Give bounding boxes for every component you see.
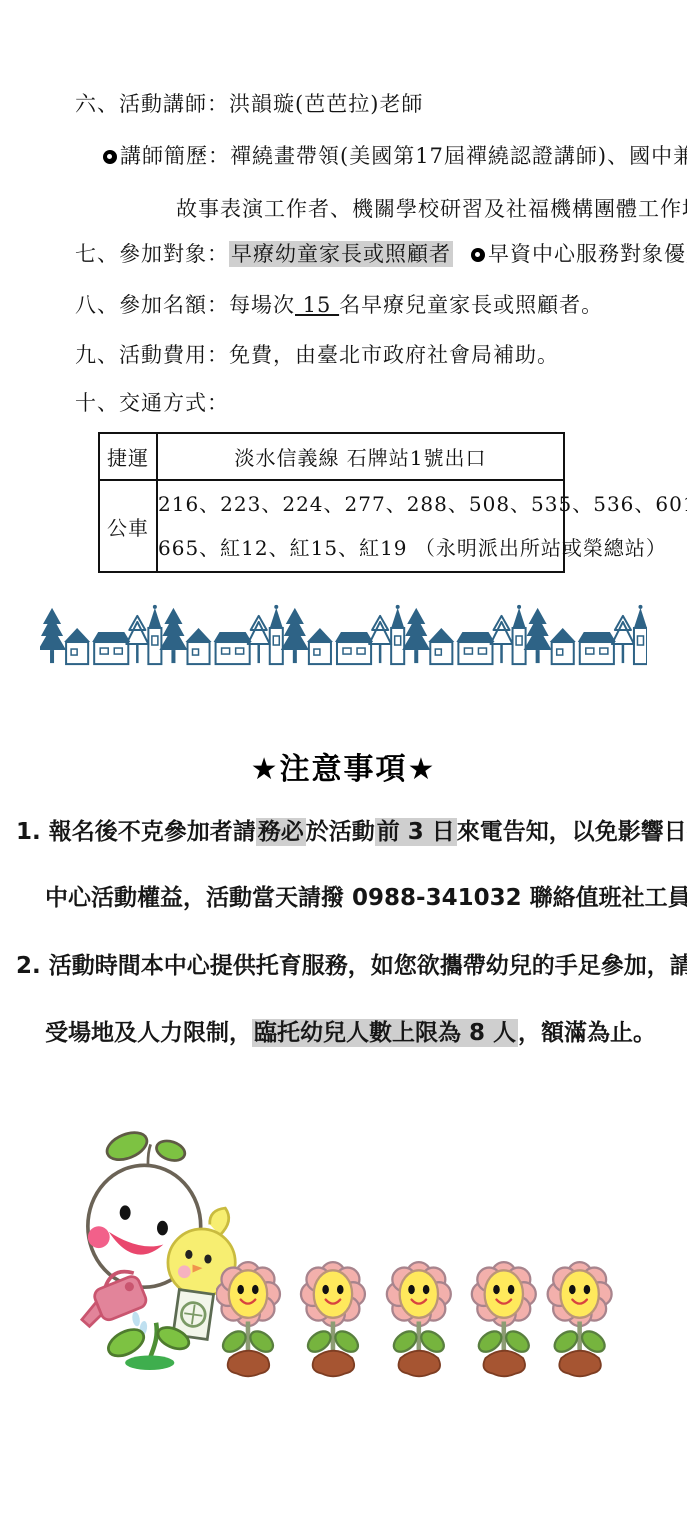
flyer-page: 六、活動講師：洪韻璇(芭芭拉)老師 講師簡歷：禪繞畫帶領(美國第17屆禪繞認證講… [0, 0, 687, 1521]
note-text: 聯絡值班社工員。 [522, 885, 687, 911]
bus-routes-line2: 665、紅12、紅15、紅19 （永明派出所站或榮總站） [158, 526, 563, 570]
quota-count: 15 [295, 293, 339, 317]
mrt-info-cell: 淡水信義線 石牌站1號出口 [157, 433, 564, 480]
lecturer-bio-line2: 故事表演工作者、機關學校研習及社福機構團體工作坊帶領 [176, 193, 687, 223]
lecturer-name: 洪韻璇(芭芭拉)老師 [229, 92, 423, 116]
table-row: 捷運 淡水信義線 石牌站1號出口 [99, 433, 564, 480]
mrt-header-cell: 捷運 [99, 433, 157, 480]
item-transport: 十、交通方式： [75, 387, 229, 417]
phone-number: 0988-341032 [352, 885, 522, 911]
bus-routes-line1: 216、223、224、277、288、508、535、536、601、645、 [158, 482, 563, 526]
note-text: 中心活動權益，活動當天請撥 [45, 885, 352, 911]
smiling-flower-row-illustration [216, 1252, 618, 1380]
note-text: 1. 報名後不克參加者請 [16, 819, 256, 845]
note-2-line-1: 2. 活動時間本中心提供托育服務，如您欲攜帶幼兒的手足參加，請事先告知。 [16, 947, 687, 980]
transport-table: 捷運 淡水信義線 石牌站1號出口 公車 216、223、224、277、288、… [98, 432, 565, 573]
note-highlight-must: 務必 [256, 818, 306, 846]
quota-post: 名早療兒童家長或照顧者。 [339, 293, 603, 317]
item-quota: 八、參加名額：每場次 15 名早療兒童家長或照顧者。 [75, 289, 603, 319]
note-highlight-3days: 前 3 日 [375, 818, 457, 846]
item-number: 九、 [75, 343, 119, 367]
table-row: 公車 216、223、224、277、288、508、535、536、601、6… [99, 480, 564, 572]
note-1-line-1: 1. 報名後不克參加者請務必於活動前 3 日來電告知，以免影響日後參與早資 [16, 813, 687, 846]
note-text: 2. 活動時間本中心提供托育服務，如您欲攜帶幼兒的手足參加，請事先告知。 [16, 953, 687, 979]
item-label: 活動講師： [119, 92, 229, 116]
item-number: 八、 [75, 293, 119, 317]
item-number: 十、 [75, 391, 119, 415]
note-text: ，額滿為止。 [518, 1020, 656, 1046]
item-fee: 九、活動費用：免費，由臺北市政府社會局補助。 [75, 339, 559, 369]
note-1-line-2: 中心活動權益，活動當天請撥 0988-341032 聯絡值班社工員。 [45, 879, 687, 912]
note-highlight-childcare-limit: 臨托幼兒人數上限為 8 人 [252, 1019, 518, 1047]
item-label: 活動費用： [119, 343, 229, 367]
houses-trees-border-illustration [40, 601, 647, 673]
item-label: 參加名額： [119, 293, 229, 317]
item-lecturer: 六、活動講師：洪韻璇(芭芭拉)老師 [75, 88, 423, 118]
note-text: 受場地及人力限制， [45, 1020, 252, 1046]
item-label: 交通方式： [119, 391, 229, 415]
quota-pre: 每場次 [229, 293, 295, 317]
donut-bullet-icon [103, 150, 117, 164]
bus-info-cell: 216、223、224、277、288、508、535、536、601、645、… [157, 480, 564, 572]
bio-label: 講師簡歷： [120, 144, 230, 168]
bio-text-1: 禪繞畫帶領(美國第17屆禪繞認證講師)、國中兼任教師、 [230, 144, 687, 168]
item-participants: 七、參加對象：早療幼童家長或照顧者早資中心服務對象優先報名 [75, 238, 687, 268]
sprout-mascot-watering-illustration [56, 1126, 238, 1372]
note-text: 來電告知，以免影響日後參與早資 [457, 819, 687, 845]
item-label: 參加對象： [119, 242, 229, 266]
bio-text-2: 故事表演工作者、機關學校研習及社福機構團體工作坊帶領 [176, 197, 687, 221]
participants-highlight: 早療幼童家長或照顧者 [229, 241, 453, 267]
note-text: 於活動 [306, 819, 375, 845]
fee-text: 免費，由臺北市政府社會局補助。 [229, 343, 559, 367]
notice-title: ★注意事項★ [0, 744, 687, 788]
bus-header-cell: 公車 [99, 480, 157, 572]
lecturer-bio-line1: 講師簡歷：禪繞畫帶領(美國第17屆禪繞認證講師)、國中兼任教師、 [103, 140, 687, 170]
priority-note: 早資中心服務對象優先報名 [488, 242, 687, 266]
note-2-line-2: 受場地及人力限制，臨托幼兒人數上限為 8 人，額滿為止。 [45, 1014, 656, 1047]
donut-bullet-icon [471, 248, 485, 262]
item-number: 七、 [75, 242, 119, 266]
item-number: 六、 [75, 92, 119, 116]
